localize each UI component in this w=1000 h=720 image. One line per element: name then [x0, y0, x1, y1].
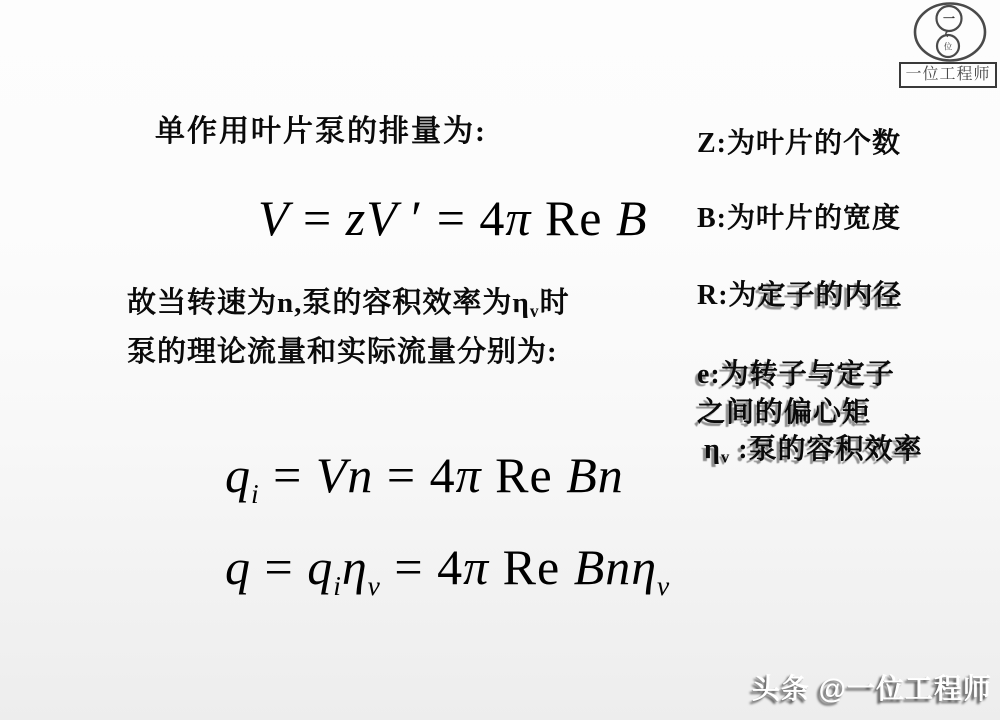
legend-z-vane-count: Z:为叶片的个数	[697, 127, 901, 161]
intro-line-1: 故当转速为n,泵的容积效率为ηv时	[127, 283, 570, 332]
intro-paragraph: 故当转速为n,泵的容积效率为ηv时 泵的理论流量和实际流量分别为:	[127, 283, 570, 373]
toutiao-watermark: 头条 @一位工程师	[752, 667, 992, 707]
legend-e-line-1: e:为转子与定子	[697, 356, 895, 394]
slide-title: 单作用叶片泵的排量为:	[155, 106, 487, 150]
legend-e-line-2: 之间的偏心矩	[697, 394, 895, 432]
legend-e-eccentricity: e:为转子与定子 之间的偏心矩	[697, 356, 895, 432]
legend-b-vane-width: B:为叶片的宽度	[697, 202, 901, 236]
slide: 一 位 一位工程师 单作用叶片泵的排量为: V = zV ′ = 4π Re B…	[0, 0, 1000, 720]
formula-theoretical-flow: qi = Vn = 4π Re Bn	[225, 445, 624, 524]
legend-eta-volumetric-efficiency: ηv :泵的容积效率	[704, 433, 923, 475]
formula-displacement: V = zV ′ = 4π Re B	[258, 188, 648, 248]
formula-actual-flow: q = qiηv = 4π Re Bnηv	[225, 537, 670, 616]
engineer-logo-icon: 一 位	[911, 2, 989, 62]
legend-r-stator-diameter: R:为定子的内径	[697, 279, 903, 313]
logo-bottom-char: 位	[944, 42, 953, 52]
logo-box-label: 一位工程师	[899, 62, 997, 88]
intro-line-2: 泵的理论流量和实际流量分别为:	[127, 332, 570, 373]
logo-top-char: 一	[943, 12, 955, 26]
